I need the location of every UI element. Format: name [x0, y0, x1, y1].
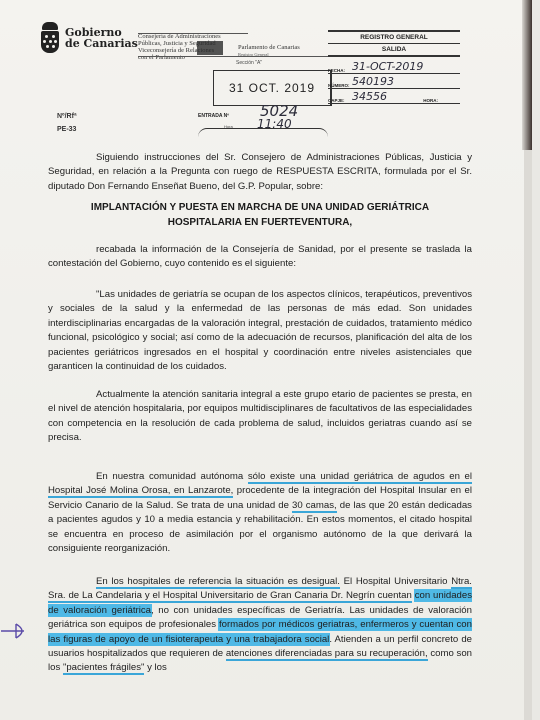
recabada-paragraph: recabada la información de la Consejería… [48, 243, 472, 272]
underlined-text: "pacientes frágiles" [63, 662, 144, 675]
paragraph-4: En los hospitales de referencia la situa… [48, 575, 472, 676]
underlined-text: En los hospitales de referencia la situa… [96, 576, 340, 589]
entry-date-stamp: 31 OCT. 2019 [213, 70, 332, 106]
capje-value: 34556 [352, 91, 387, 103]
page-edge [524, 150, 532, 720]
parlamento-stamp: Parlamento de Canarias Registro General [238, 44, 300, 58]
stamp-border [198, 128, 328, 137]
ref-label: Nº/Rfª [57, 110, 77, 123]
document-page: Gobierno de Canarias Consejería de Admin… [0, 0, 532, 720]
logo-line-2: de Canarias [65, 38, 138, 49]
numero-value: 540193 [352, 76, 394, 88]
seccion-label: Sección "A" [236, 60, 262, 66]
paragraph-3: En nuestra comunidad autónoma sólo exist… [48, 470, 472, 556]
arrow-mark-icon [0, 622, 30, 640]
paragraph-2: Actualmente la atención sanitaria integr… [48, 388, 472, 446]
fecha-value: 31-OCT-2019 [352, 61, 423, 73]
gobierno-canarias-logo: Gobierno de Canarias [40, 22, 138, 54]
paragraph-1: "Las unidades de geriatría se ocupan de … [48, 288, 472, 374]
registro-general-stamp: REGISTRO GENERAL SALIDA FECHA: 31-OCT-20… [328, 28, 460, 104]
fecha-field: FECHA: 31-OCT-2019 [328, 59, 460, 74]
registro-title: REGISTRO GENERAL [328, 34, 460, 41]
underlined-text: atenciones diferenciadas para su recuper… [226, 648, 428, 661]
ref-value: PE-33 [57, 123, 77, 136]
coat-of-arms-icon [40, 22, 60, 54]
capje-field: CAPJE: 34556 HORA: [328, 89, 460, 104]
page-edge-shadow [522, 0, 532, 150]
numero-field: NÚMERO: 540193 [328, 74, 460, 89]
reference: Nº/Rfª PE-33 [57, 110, 77, 136]
intro-paragraph: Siguiendo instrucciones del Sr. Consejer… [48, 151, 472, 194]
underlined-text: 30 camas, [292, 500, 337, 513]
entrada-label: ENTRADA Nº [198, 113, 229, 119]
registro-subtitle: SALIDA [328, 46, 460, 53]
question-title: IMPLANTACIÓN Y PUESTA EN MARCHA DE UNA U… [48, 200, 472, 230]
ink-blot [197, 41, 223, 55]
